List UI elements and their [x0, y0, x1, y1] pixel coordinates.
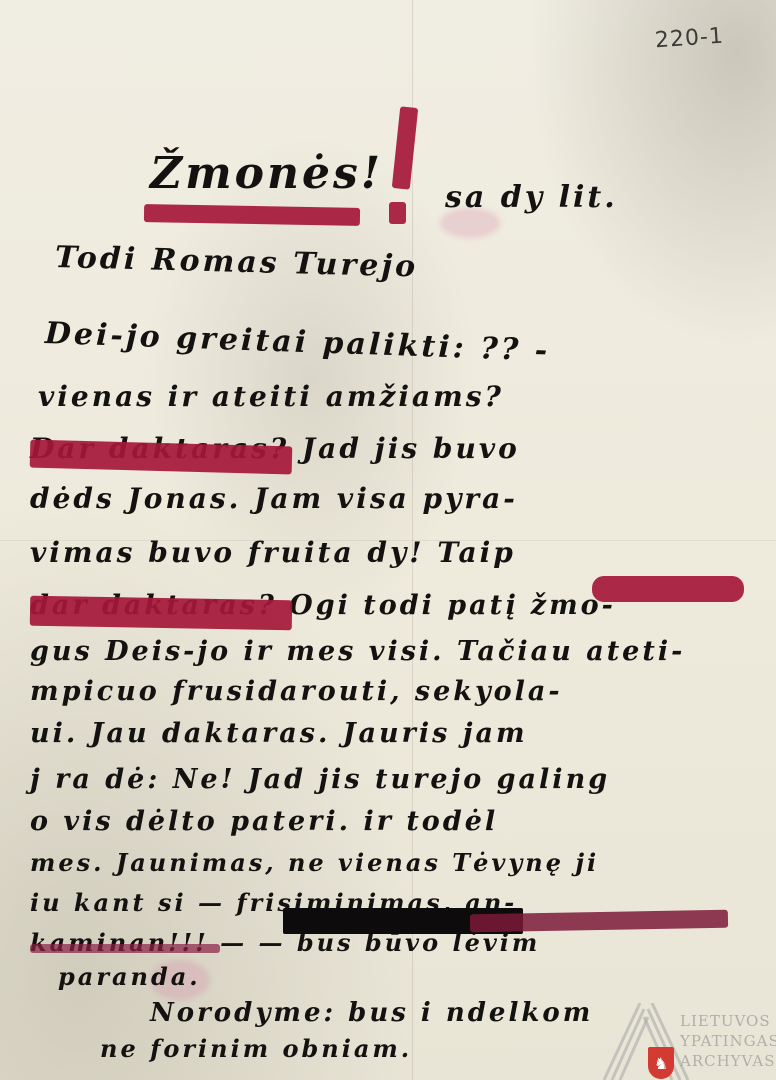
- watermark-line-2: YPATINGASIS: [680, 1031, 776, 1051]
- text-line-17: Norodyme: bus i ndelkom: [150, 998, 593, 1028]
- text-line-1: Todi Romas Turejo: [55, 240, 419, 284]
- document-page: 220-1 Žmonės! sa dy lit. Todi Romas Ture…: [0, 0, 776, 1080]
- archive-number: 220-1: [654, 24, 725, 54]
- text-line-13: mes. Jaunimas, ne vienas Tėvynę ji: [30, 848, 599, 877]
- text-line-16: paranda.: [58, 962, 201, 991]
- title-text: Žmonės!: [150, 148, 383, 199]
- text-line-2: Dei-jo greitai palikti: ?? -: [44, 316, 550, 369]
- text-line-5: dėds Jonas. Jam visa pyra-: [30, 482, 518, 515]
- text-line-18: ne forinim obniam.: [100, 1034, 412, 1063]
- text-line-12: o vis dėlto pateri. ir todėl: [30, 806, 498, 837]
- watermark-text: LIETUVOS YPATINGASIS ARCHYVAS: [680, 1011, 776, 1071]
- red-underline-line15: [30, 944, 220, 953]
- watermark-line-1: LIETUVOS: [680, 1011, 776, 1031]
- text-line-3: vienas ir ateiti amžiams?: [38, 380, 504, 413]
- red-strike-overlay: [470, 910, 728, 933]
- red-underline-line4: [30, 440, 293, 475]
- red-exclamation-stroke: [392, 106, 418, 189]
- red-exclamation-dot: [389, 202, 406, 224]
- red-underline-line6-right: [592, 576, 744, 602]
- text-line-10: ui. Jau daktaras. Jauris jam: [30, 718, 528, 749]
- text-line-8: gus Deis-jo ir mes visi. Tačiau ateti-: [30, 636, 685, 667]
- archive-watermark: ♞ LIETUVOS YPATINGASIS ARCHYVAS: [596, 1003, 776, 1080]
- watermark-line-3: ARCHYVAS: [680, 1051, 776, 1071]
- title-suffix: sa dy lit.: [445, 180, 618, 215]
- red-underline-title: [144, 204, 360, 226]
- text-line-9: mpicuo frusidarouti, sekyola-: [30, 676, 563, 707]
- red-underline-line7-left: [30, 596, 292, 631]
- text-line-11: j ra dė: Ne! Jad jis turejo galing: [30, 764, 610, 795]
- text-line-6: vimas buvo fruita dy! Taip: [30, 536, 516, 569]
- vytis-coat-of-arms-icon: ♞: [648, 1047, 674, 1079]
